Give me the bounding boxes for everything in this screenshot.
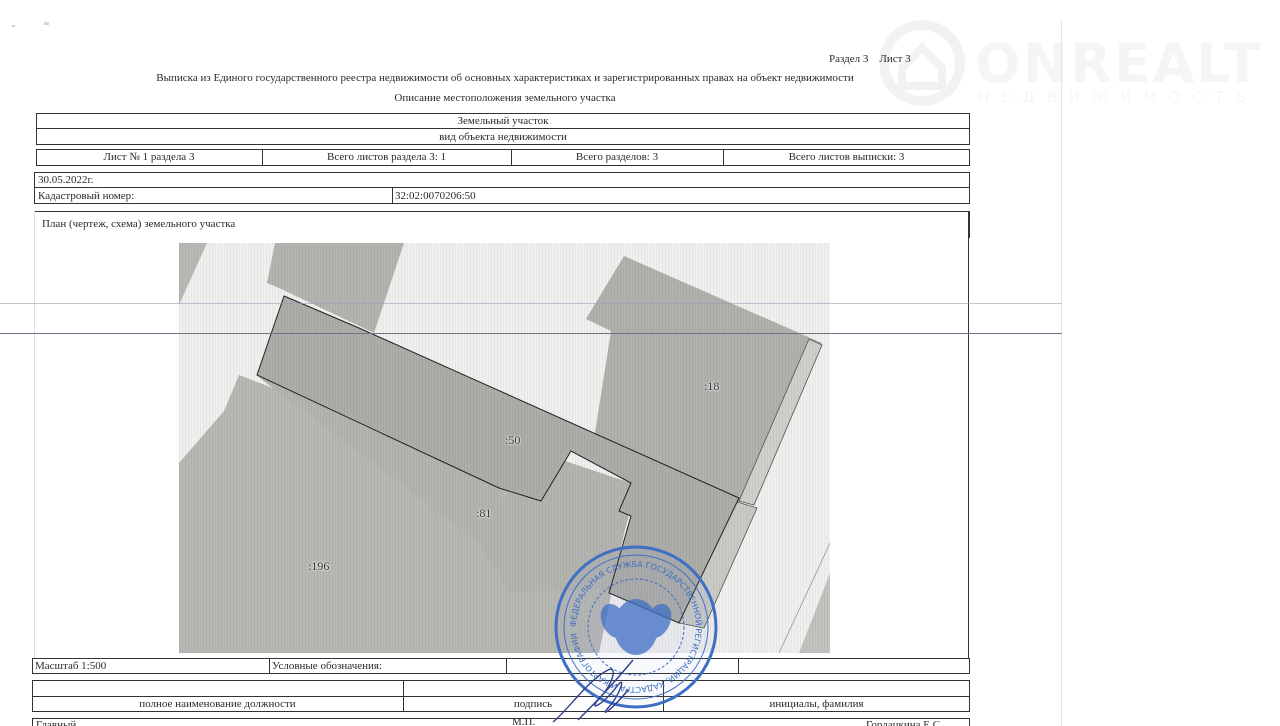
divider <box>32 696 970 697</box>
record-date: 30.05.2022г. <box>38 174 94 187</box>
section-sheet-label: Раздел 3 Лист 3 <box>829 53 911 65</box>
cadastral-number: 32:02:0070206:50 <box>395 190 476 203</box>
scan-speck <box>12 25 15 27</box>
scale-legend-row <box>32 658 970 674</box>
divider <box>34 187 970 188</box>
handwritten-signature <box>548 650 638 726</box>
scan-artifact-line <box>0 303 1062 304</box>
parcel-label-81: :81 <box>476 506 491 521</box>
section-sheets-total: Всего листов раздела 3: 1 <box>262 151 511 164</box>
official-row <box>32 718 970 726</box>
plan-title: План (чертеж, схема) земельного участка <box>42 218 235 231</box>
record-box <box>34 172 970 204</box>
parcel-label-196: :196 <box>308 559 329 574</box>
extract-sheets-total: Всего листов выписки: 3 <box>723 151 970 164</box>
divider <box>34 211 35 658</box>
sheet-number: Лист № 1 раздела 3 <box>36 151 262 164</box>
divider <box>738 658 739 674</box>
watermark-tagline: НЕДВИЖИМОСТЬ <box>978 88 1258 106</box>
position-caption: полное наименование должности <box>32 698 403 711</box>
watermark-brand: ONREALT <box>975 32 1263 95</box>
official-name: Горлацкина Е.С. <box>866 719 943 726</box>
page-edge <box>1061 20 1062 726</box>
parcel-map-drawing <box>179 243 830 653</box>
cadastral-plan-map: :50 :18 :81 :196 <box>179 243 830 653</box>
divider <box>968 211 969 658</box>
divider <box>269 658 270 674</box>
scan-artifact-line <box>0 333 1062 334</box>
divider <box>36 128 970 129</box>
stamp-mark: М.П. <box>512 716 535 726</box>
parcel-label-50: :50 <box>505 433 520 448</box>
divider <box>506 658 507 674</box>
legend-label: Условные обозначения: <box>272 660 382 673</box>
object-type: Земельный участок <box>36 115 970 128</box>
document-title: Выписка из Единого государственного реес… <box>60 72 950 84</box>
scale-label: Масштаб 1:500 <box>35 660 106 673</box>
scan-speck <box>44 22 49 25</box>
cadastral-label: Кадастровый номер: <box>38 190 134 203</box>
sections-total: Всего разделов: 3 <box>511 151 723 164</box>
object-type-caption: вид объекта недвижимости <box>36 131 970 144</box>
document-subtitle: Описание местоположения земельного участ… <box>60 92 950 104</box>
official-position: Главный <box>36 719 76 726</box>
parcel-label-18: :18 <box>704 379 719 394</box>
divider <box>392 187 393 204</box>
